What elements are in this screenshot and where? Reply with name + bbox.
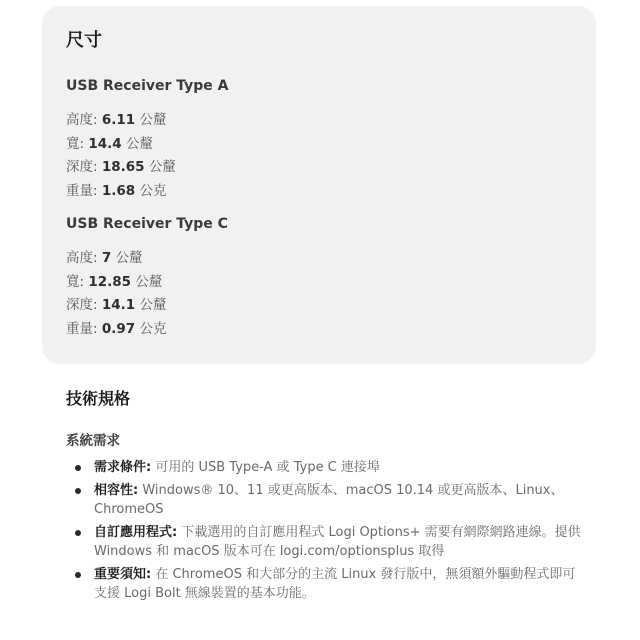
spec-value: 14.4: [88, 136, 121, 152]
spec-value: 7: [102, 250, 111, 266]
spec-value: 18.65: [102, 159, 145, 175]
requirement-item: 自訂應用程式: 下載選用的自訂應用程式 Logi Options+ 需要有網際網…: [66, 523, 586, 561]
product-spec-page: 尺寸 USB Receiver Type A 高度: 6.11 公釐 寬: 14…: [0, 0, 640, 640]
spec-unit: 公釐: [126, 136, 153, 152]
bullet-icon: [75, 530, 81, 536]
spec-label: 深度:: [66, 297, 98, 313]
spec-value: 1.68: [102, 183, 135, 199]
receiver-type-c-specs: 高度: 7 公釐 寬: 12.85 公釐 深度: 14.1 公釐 重量: 0.9…: [66, 247, 596, 341]
tech-specs-section: 技術規格 系統需求 需求條件: 可用的 USB Type-A 或 Type C …: [66, 388, 586, 607]
spec-unit: 公釐: [149, 159, 176, 175]
tech-specs-title: 技術規格: [66, 388, 586, 410]
spec-value: 12.85: [88, 274, 131, 290]
requirement-item: 相容性: Windows® 10、11 或更高版本、macOS 10.14 或更…: [66, 481, 586, 519]
spec-label: 深度:: [66, 159, 98, 175]
requirement-label: 自訂應用程式:: [94, 525, 177, 540]
requirement-text: Windows® 10、11 或更高版本、macOS 10.14 或更高版本、L…: [94, 483, 564, 517]
spec-label: 重量:: [66, 321, 98, 337]
spec-label: 高度:: [66, 250, 98, 266]
dimensions-card: 尺寸 USB Receiver Type A 高度: 6.11 公釐 寬: 14…: [42, 6, 596, 364]
dimensions-title: 尺寸: [66, 30, 596, 52]
spec-unit: 公釐: [135, 274, 162, 290]
spec-label: 高度:: [66, 112, 98, 128]
spec-unit: 公釐: [139, 112, 166, 128]
bullet-icon: [75, 465, 81, 471]
spec-unit: 公釐: [116, 250, 143, 266]
requirement-text: 在 ChromeOS 和大部分的主流 Linux 發行版中，無須額外驅動程式即可…: [94, 567, 575, 601]
receiver-type-a-title: USB Receiver Type A: [66, 77, 596, 95]
requirement-item: 重要須知: 在 ChromeOS 和大部分的主流 Linux 發行版中，無須額外…: [66, 565, 586, 603]
spec-height: 高度: 7 公釐: [66, 247, 596, 271]
system-requirements-title: 系統需求: [66, 432, 586, 450]
spec-weight: 重量: 0.97 公克: [66, 318, 596, 342]
spec-depth: 深度: 18.65 公釐: [66, 156, 596, 180]
spec-unit: 公釐: [139, 297, 166, 313]
spec-label: 重量:: [66, 183, 98, 199]
receiver-type-c-title: USB Receiver Type C: [66, 215, 596, 233]
receiver-type-a-specs: 高度: 6.11 公釐 寬: 14.4 公釐 深度: 18.65 公釐 重量: …: [66, 109, 596, 203]
requirement-text: 可用的 USB Type-A 或 Type C 連接埠: [155, 460, 380, 475]
bullet-icon: [75, 488, 81, 494]
requirement-label: 相容性:: [94, 483, 138, 498]
spec-width: 寬: 12.85 公釐: [66, 271, 596, 295]
spec-width: 寬: 14.4 公釐: [66, 133, 596, 157]
spec-value: 6.11: [102, 112, 135, 128]
spec-unit: 公克: [139, 183, 166, 199]
system-requirements-list: 需求條件: 可用的 USB Type-A 或 Type C 連接埠 相容性: W…: [66, 458, 586, 603]
spec-value: 0.97: [102, 321, 135, 337]
spec-depth: 深度: 14.1 公釐: [66, 294, 596, 318]
spec-label: 寬:: [66, 274, 84, 290]
requirement-label: 重要須知:: [94, 567, 151, 582]
spec-height: 高度: 6.11 公釐: [66, 109, 596, 133]
requirement-label: 需求條件:: [94, 460, 151, 475]
requirement-item: 需求條件: 可用的 USB Type-A 或 Type C 連接埠: [66, 458, 586, 477]
spec-value: 14.1: [102, 297, 135, 313]
bullet-icon: [75, 572, 81, 578]
spec-unit: 公克: [139, 321, 166, 337]
spec-label: 寬:: [66, 136, 84, 152]
spec-weight: 重量: 1.68 公克: [66, 180, 596, 204]
